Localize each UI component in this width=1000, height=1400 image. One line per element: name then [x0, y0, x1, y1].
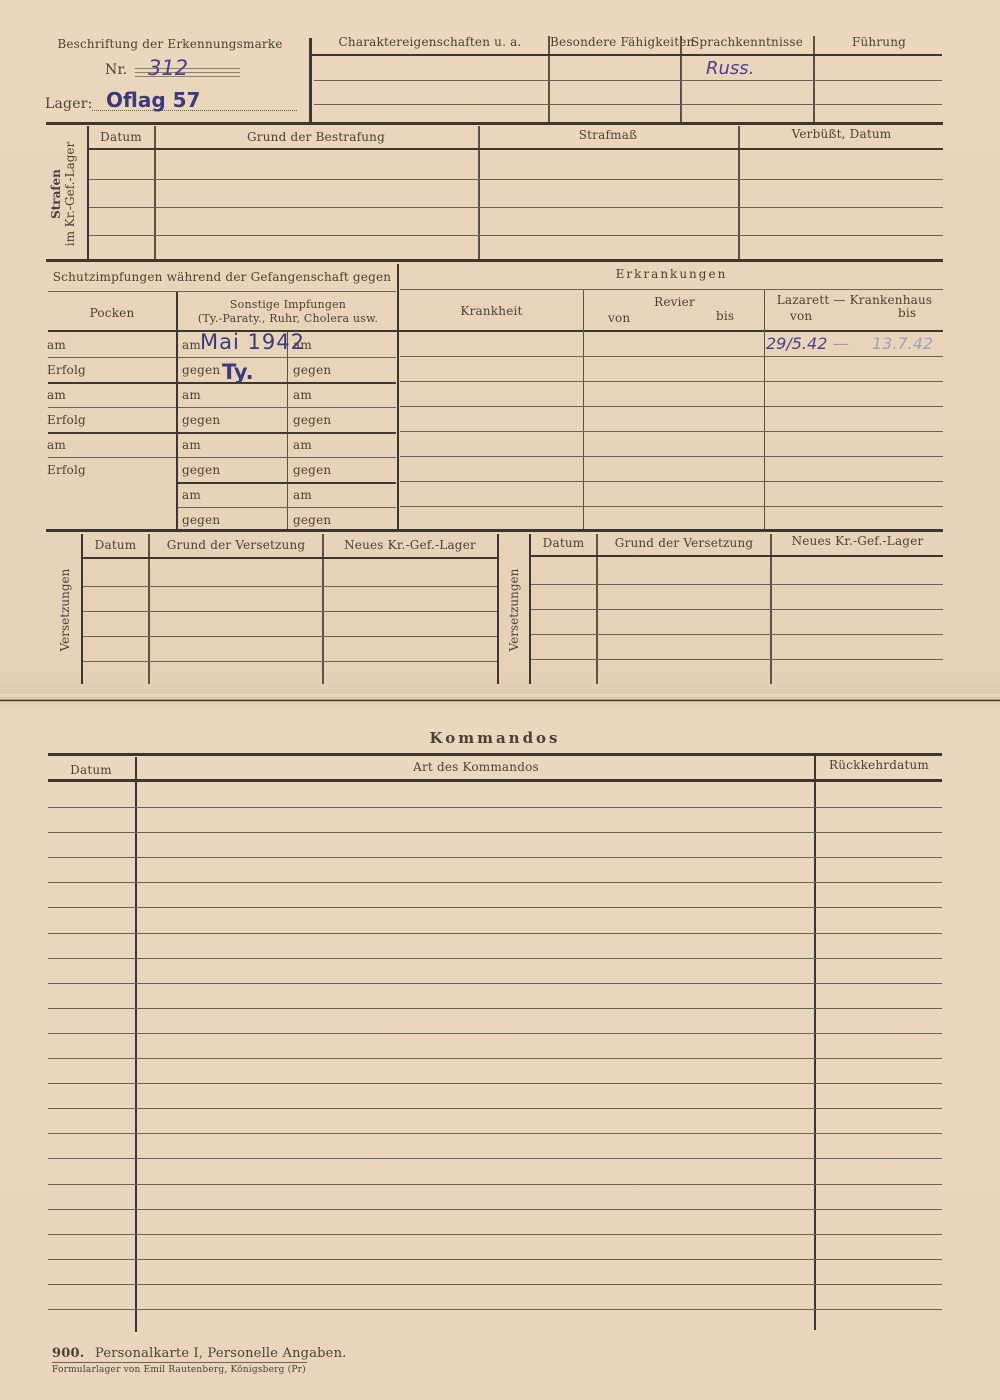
nr-value: 312 — [148, 56, 188, 80]
page-fold — [0, 694, 1000, 704]
sonst-gegen-1a: gegen — [182, 363, 220, 377]
sonst-gegen-2b: gegen — [293, 413, 331, 427]
erkrankungen-title: Erkrankungen — [400, 267, 943, 281]
kommando-row-line — [48, 1008, 942, 1009]
pocken-am-2: am — [47, 388, 66, 402]
lazarett-von-value: 29/5.42 — [766, 334, 827, 353]
kommando-row-line — [48, 958, 942, 959]
lazarett-von: von — [790, 309, 812, 323]
sonst-gegen-4a: gegen — [182, 513, 220, 527]
vers-r-col-grund: Grund der Versetzung — [598, 536, 770, 550]
kommando-row-line — [48, 907, 942, 908]
sonst-gegen-4b: gegen — [293, 513, 331, 527]
vers-r-col-lager: Neues Kr.-Gef.-Lager — [772, 534, 943, 548]
sonst-am-2b: am — [293, 388, 312, 402]
kommando-row-line — [48, 1158, 942, 1159]
sonst-gegen-2a: gegen — [182, 413, 220, 427]
pocken-am-1: am — [47, 338, 66, 352]
sonst-am-3b: am — [293, 438, 312, 452]
form-title: Personalkarte I, Personelle Angaben. — [95, 1346, 346, 1361]
pocken-erfolg-3: Erfolg — [47, 463, 86, 477]
sonst-am-2a: am — [182, 388, 201, 402]
strafen-col-verbuesst: Verbüßt, Datum — [740, 127, 943, 141]
kommando-row-line — [48, 1259, 942, 1260]
col-faehigkeiten-label: Besondere Fähigkeiten — [550, 35, 678, 49]
lazarett-dash: — — [833, 334, 849, 353]
lazarett-label: Lazarett — Krankenhaus — [766, 293, 943, 307]
kommando-row-line — [48, 1108, 942, 1109]
vers-l-col-lager: Neues Kr.-Gef.-Lager — [324, 538, 496, 552]
col-fuehrung-label: Führung — [815, 35, 943, 49]
kommando-row-line — [48, 807, 942, 808]
kommando-row-line — [48, 1133, 942, 1134]
kommandos-col-datum: Datum — [48, 763, 134, 777]
sonst-gegen-3b: gegen — [293, 463, 331, 477]
lazarett-bis-value: 13.7.42 — [872, 334, 933, 353]
kommando-row-line — [48, 1184, 942, 1185]
sonst-am-4b: am — [293, 488, 312, 502]
kommando-row-line — [48, 1284, 942, 1285]
sonst-gegen-1b: gegen — [293, 363, 331, 377]
sonst-am-1a: am — [182, 338, 201, 352]
lazarett-bis: bis — [898, 306, 916, 320]
sonst-am-3a: am — [182, 438, 201, 452]
vers-r-col-datum: Datum — [531, 536, 596, 550]
sprach-value: Russ. — [706, 58, 754, 79]
strafen-col-strafmass: Strafmaß — [480, 128, 736, 142]
sonstige-label: Sonstige Impfungen (Ty.-Paraty., Ruhr, C… — [180, 298, 396, 326]
impf-date-stamp: Mai 1942 — [200, 330, 305, 354]
revier-von: von — [608, 311, 630, 325]
pocken-am-3: am — [47, 438, 66, 452]
pocken-label: Pocken — [48, 306, 176, 320]
lager-stamp: Oflag 57 — [106, 88, 200, 112]
sonst-gegen-3a: gegen — [182, 463, 220, 477]
kommandos-col-art: Art des Kommandos — [138, 760, 814, 774]
lager-label: Lager: — [45, 96, 93, 112]
form-number: 900. — [52, 1346, 84, 1361]
col-sprach-label: Sprachkenntnisse — [682, 35, 812, 49]
strafen-col-datum: Datum — [89, 130, 153, 144]
revier-label: Revier — [585, 295, 764, 309]
versetzungen-side-label-left: Versetzungen — [58, 565, 72, 655]
pocken-erfolg-2: Erfolg — [47, 413, 86, 427]
tag-label: Beschriftung der Erkennungsmarke — [50, 37, 290, 51]
strafen-col-grund: Grund der Bestrafung — [156, 130, 476, 144]
kommando-row-line — [48, 933, 942, 934]
vers-l-col-datum: Datum — [83, 538, 148, 552]
impf-type-stamp: Ty. — [222, 360, 254, 384]
kommando-row-line — [48, 1058, 942, 1059]
form-publisher: Formularlager von Emil Rautenberg, König… — [52, 1365, 306, 1375]
kommando-row-line — [48, 983, 942, 984]
vers-l-col-grund: Grund der Versetzung — [150, 538, 322, 552]
pocken-erfolg-1: Erfolg — [47, 363, 86, 377]
kommando-row-line — [48, 1309, 942, 1310]
krankheit-label: Krankheit — [400, 304, 583, 318]
strafen-side-label: Strafen im Kr.-Gef.-Lager — [49, 139, 77, 249]
nr-label: Nr. — [105, 62, 127, 78]
revier-bis: bis — [716, 309, 734, 323]
kommando-row-line — [48, 1083, 942, 1084]
sonst-am-4a: am — [182, 488, 201, 502]
kommando-row-line — [48, 1209, 942, 1210]
col-charakter-label: Charaktereigenschaften u. a. — [312, 35, 548, 49]
versetzungen-side-label-right: Versetzungen — [507, 565, 521, 655]
kommando-row-line — [48, 1033, 942, 1034]
impf-title: Schutzimpfungen während der Gefangenscha… — [48, 270, 396, 284]
kommando-row-line — [48, 857, 942, 858]
kommandos-title: Kommandos — [40, 729, 950, 747]
kommandos-col-rueckkehr: Rückkehrdatum — [816, 758, 942, 772]
kommando-row-line — [48, 832, 942, 833]
kommando-row-line — [48, 1234, 942, 1235]
kommando-row-line — [48, 882, 942, 883]
